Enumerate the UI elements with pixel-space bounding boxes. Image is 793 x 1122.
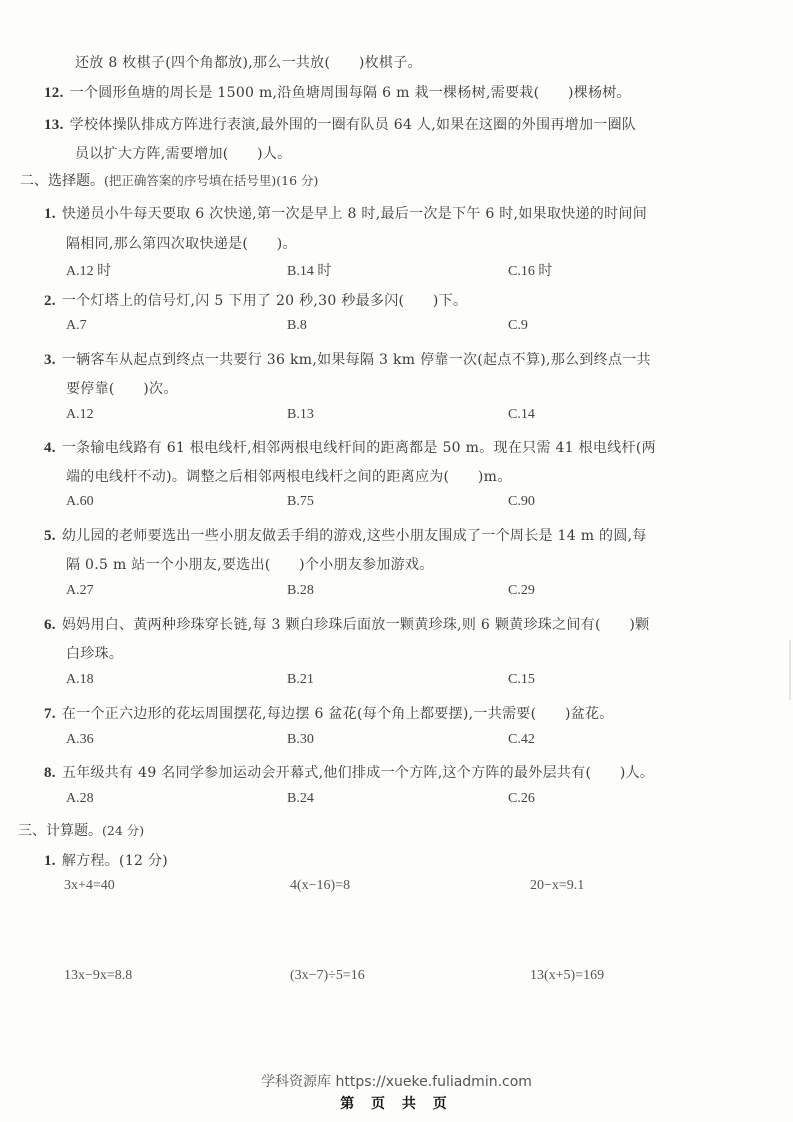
- option-a: A.60: [66, 494, 94, 510]
- choice-question-5: 5.幼儿园的老师要选出一些小朋友做丢手绢的游戏,这些小朋友围成了一个周长是 14…: [44, 525, 647, 545]
- choice-question-5-line2: 隔 0.5 m 站一个小朋友,要选出( )个小朋友参加游戏。: [66, 554, 434, 574]
- calc-subquestion-1: 1.解方程。(12 分): [44, 850, 168, 870]
- question-12: 12.一个圆形鱼塘的周长是 1500 m,沿鱼塘周围每隔 6 m 栽一棵杨树,需…: [44, 82, 631, 102]
- option-c: C.16 时: [508, 260, 552, 280]
- option-a: A.27: [66, 583, 94, 599]
- question-text: 一个圆形鱼塘的周长是 1500 m,沿鱼塘周围每隔 6 m 栽一棵杨树,需要栽(…: [70, 85, 631, 101]
- question-number: 2.: [44, 293, 56, 309]
- section-3-heading: 三、计算题。(24 分): [18, 820, 144, 840]
- question-number: 1.: [44, 206, 56, 222]
- equation-6: 13(x+5)=169: [530, 968, 604, 984]
- question-number: 13.: [44, 117, 64, 133]
- choice-question-2: 2.一个灯塔上的信号灯,闪 5 下用了 20 秒,30 秒最多闪( )下。: [44, 290, 467, 310]
- option-b: B.13: [287, 407, 314, 423]
- choice-question-3: 3.一辆客车从起点到终点一共要行 36 km,如果每隔 3 km 停靠一次(起点…: [44, 349, 651, 369]
- question-number: 7.: [44, 706, 56, 722]
- section-2-heading: 二、选择题。(把正确答案的序号填在括号里)(16 分): [20, 170, 318, 190]
- section-title: 三、计算题。: [18, 823, 102, 839]
- question-number: 8.: [44, 765, 56, 781]
- option-c: C.90: [508, 494, 535, 510]
- option-b: B.14 时: [287, 260, 331, 280]
- question-text: 幼儿园的老师要选出一些小朋友做丢手绢的游戏,这些小朋友围成了一个周长是 14 m…: [62, 528, 647, 544]
- question-text: 一辆客车从起点到终点一共要行 36 km,如果每隔 3 km 停靠一次(起点不算…: [62, 352, 651, 368]
- question-number: 3.: [44, 352, 56, 368]
- choice-question-8: 8.五年级共有 49 名同学参加运动会开幕式,他们排成一个方阵,这个方阵的最外层…: [44, 762, 654, 782]
- option-a: A.7: [66, 318, 87, 334]
- question-text: 学校体操队排成方阵进行表演,最外围的一圈有队员 64 人,如果在这圈的外围再增加…: [70, 117, 637, 133]
- option-b: B.75: [287, 494, 314, 510]
- question-number: 1.: [44, 853, 56, 869]
- choice-question-6: 6.妈妈用白、黄两种珍珠穿长链,每 3 颗白珍珠后面放一颗黄珍珠,则 6 颗黄珍…: [44, 614, 649, 634]
- option-a: A.36: [66, 732, 94, 748]
- choice-question-1: 1.快递员小牛每天要取 6 次快递,第一次是早上 8 时,最后一次是下午 6 时…: [44, 203, 647, 223]
- question-number: 5.: [44, 528, 56, 544]
- page-edge-mark: [789, 640, 791, 700]
- question-13: 13.学校体操队排成方阵进行表演,最外围的一圈有队员 64 人,如果在这圈的外围…: [44, 114, 636, 134]
- choice-question-6-line2: 白珍珠。: [66, 643, 123, 663]
- option-c: C.14: [508, 407, 535, 423]
- option-b: B.8: [287, 318, 307, 334]
- question-number: 4.: [44, 440, 56, 456]
- option-c: C.15: [508, 672, 535, 688]
- equation-2: 4(x−16)=8: [290, 878, 350, 894]
- choice-question-4-line2: 端的电线杆不动)。调整之后相邻两根电线杆之间的距离应为( )m。: [66, 466, 512, 486]
- equation-4: 13x−9x=8.8: [64, 968, 132, 984]
- option-c: C.42: [508, 732, 535, 748]
- choice-question-4: 4.一条输电线路有 61 根电线杆,相邻两根电线杆间的距离都是 50 m。现在只…: [44, 437, 656, 457]
- question-text: 一条输电线路有 61 根电线杆,相邻两根电线杆间的距离都是 50 m。现在只需 …: [62, 440, 656, 456]
- equation-5: (3x−7)÷5=16: [290, 968, 365, 984]
- choice-question-3-line2: 要停靠( )次。: [66, 378, 178, 398]
- option-b: B.24: [287, 791, 314, 807]
- equation-1: 3x+4=40: [64, 878, 115, 894]
- option-b: B.28: [287, 583, 314, 599]
- option-a: A.18: [66, 672, 94, 688]
- option-a: A.28: [66, 791, 94, 807]
- option-c: C.9: [508, 318, 528, 334]
- q11-continuation: 还放 8 枚棋子(四个角都放),那么一共放( )枚棋子。: [75, 52, 422, 72]
- option-c: C.29: [508, 583, 535, 599]
- question-number: 12.: [44, 85, 64, 101]
- section-note: (24 分): [102, 823, 144, 838]
- question-text: 快递员小牛每天要取 6 次快递,第一次是早上 8 时,最后一次是下午 6 时,如…: [62, 206, 647, 222]
- question-text: 解方程。(12 分): [62, 853, 168, 869]
- option-a: A.12 时: [66, 260, 111, 280]
- option-c: C.26: [508, 791, 535, 807]
- choice-question-1-line2: 隔相同,那么第四次取快递是( )。: [66, 233, 297, 253]
- question-text: 五年级共有 49 名同学参加运动会开幕式,他们排成一个方阵,这个方阵的最外层共有…: [62, 765, 654, 781]
- section-note: (把正确答案的序号填在括号里)(16 分): [104, 173, 318, 188]
- question-text: 在一个正六边形的花坛周围摆花,每边摆 6 盆花(每个角上都要摆),一共需要( )…: [62, 706, 614, 722]
- section-title: 二、选择题。: [20, 173, 104, 189]
- equation-3: 20−x=9.1: [530, 878, 584, 894]
- question-number: 6.: [44, 617, 56, 633]
- option-b: B.30: [287, 732, 314, 748]
- question-13-line2: 员以扩大方阵,需要增加( )人。: [75, 143, 291, 163]
- page-number: 第 页 共 页: [0, 1093, 793, 1113]
- question-text: 一个灯塔上的信号灯,闪 5 下用了 20 秒,30 秒最多闪( )下。: [62, 293, 467, 309]
- option-a: A.12: [66, 407, 94, 423]
- source-watermark: 学科资源库 https://xueke.fuliadmin.com: [0, 1071, 793, 1091]
- option-b: B.21: [287, 672, 314, 688]
- question-text: 妈妈用白、黄两种珍珠穿长链,每 3 颗白珍珠后面放一颗黄珍珠,则 6 颗黄珍珠之…: [62, 617, 650, 633]
- choice-question-7: 7.在一个正六边形的花坛周围摆花,每边摆 6 盆花(每个角上都要摆),一共需要(…: [44, 703, 614, 723]
